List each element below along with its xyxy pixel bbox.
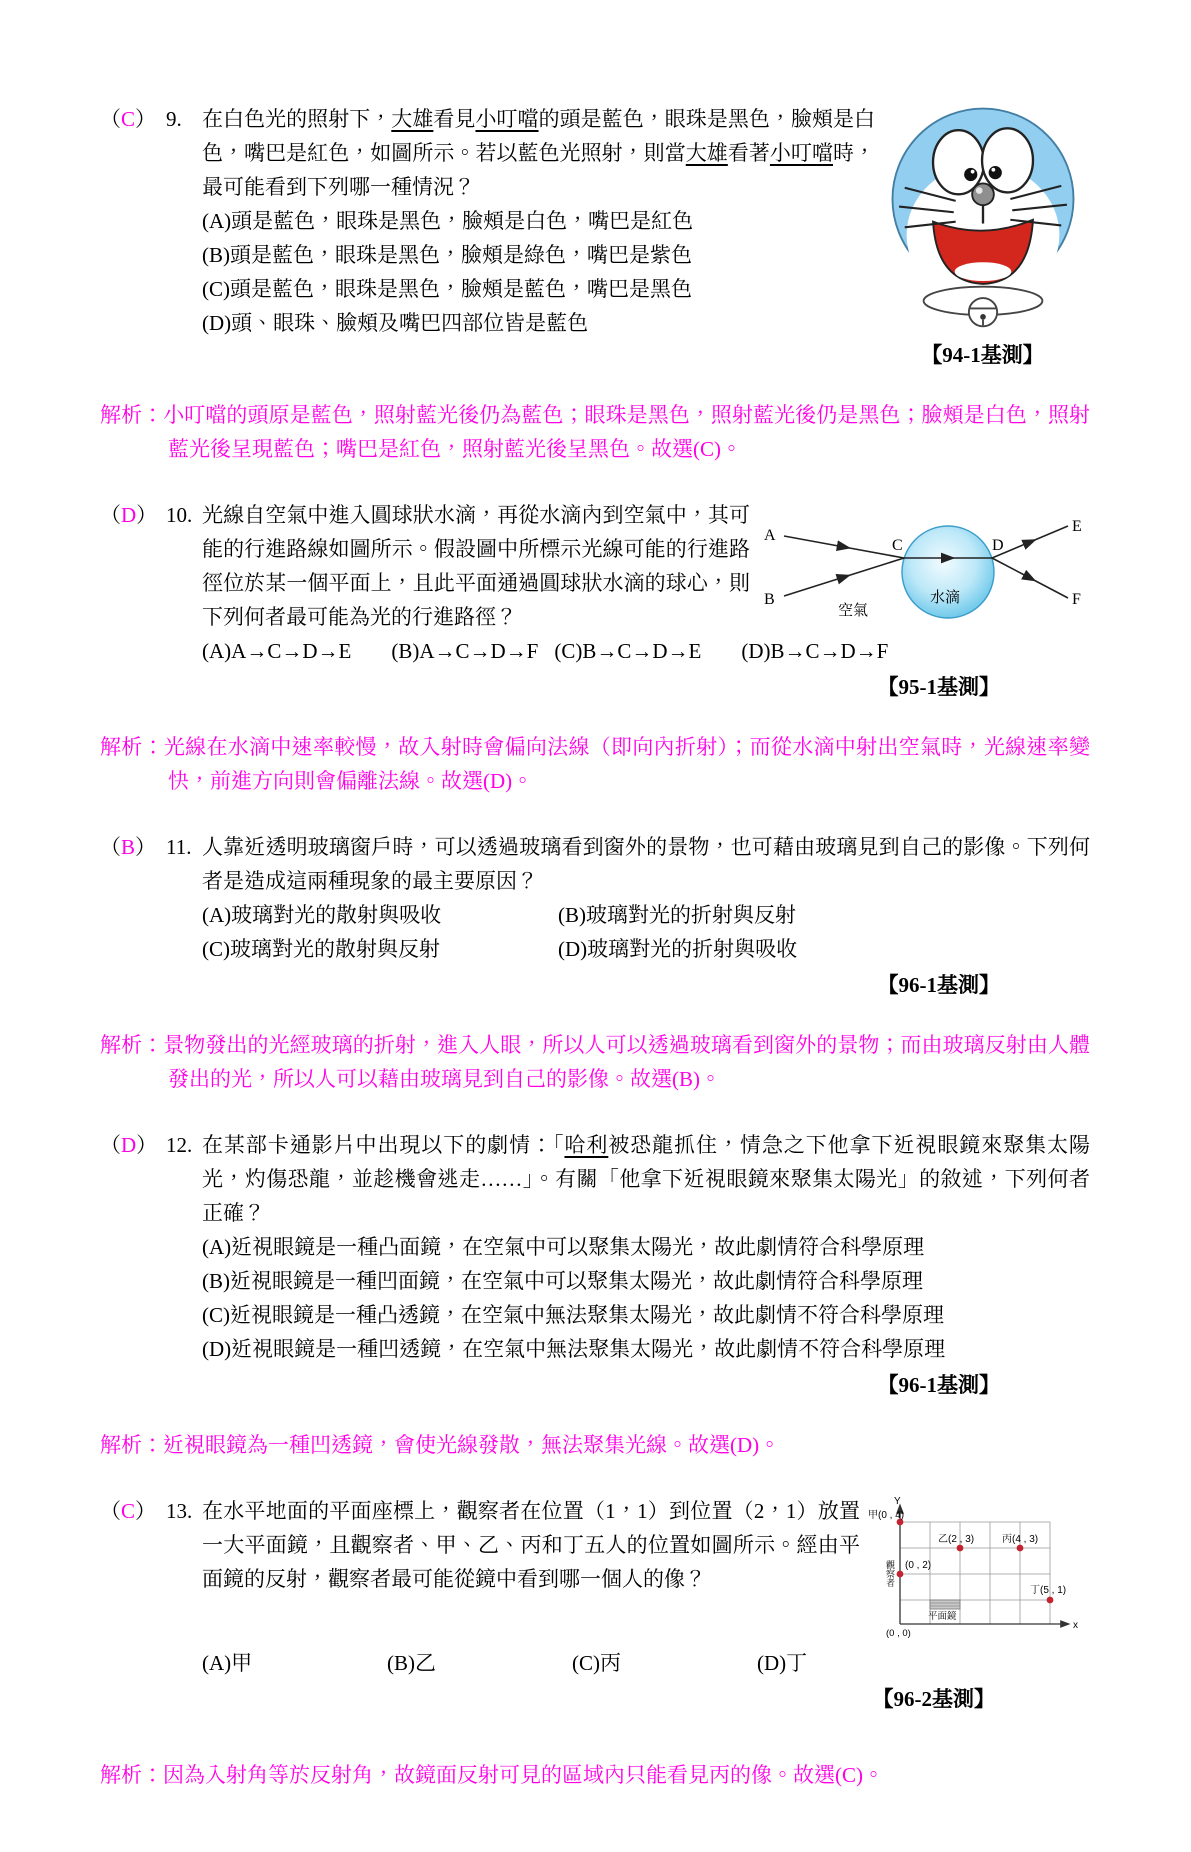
paren-close: ） [136,1133,157,1157]
label-a: A [764,527,776,544]
label-waterdrop: 水滴 [930,589,960,606]
y-axis-label: Y [894,1496,901,1507]
label-yi: 乙(2 , 3) [938,1533,974,1545]
exam-page: （C） 9. 在白色光的照射下，大雄看見小叮噹的頭是藍色，眼珠是黑色，臉頰是白色… [0,0,1191,1852]
point-bing [1017,1545,1024,1552]
option-b: (B)頭是藍色，眼珠是黑色，臉頰是綠色，嘴巴是紫色 [202,238,875,272]
analysis-13: 解析：因為入射角等於反射角，故鏡面反射可見的區域內只能看見丙的像。故選(C)。 [100,1758,1090,1792]
question-body-11: 人靠近透明玻璃窗戶時，可以透過玻璃看到窗外的景物，也可藉由玻璃見到自己的影像。下… [202,830,1090,898]
label-b: B [764,591,775,608]
coordinate-plane-diagram: Y x 平面鏡 [862,1494,1088,1646]
underlined-name: 哈利 [564,1133,608,1157]
label-air: 空氣 [838,602,868,619]
label-observer-pos: (0 , 2) [905,1560,931,1571]
option-c: (C)丙 [572,1646,757,1680]
analysis-label: 解析： [100,1433,163,1457]
doraemon-image [884,102,1082,330]
option-c: (C)頭是藍色，眼珠是黑色，臉頰是藍色，嘴巴是黑色 [202,272,875,306]
option-a: (A)頭是藍色，眼珠是黑色，臉頰是白色，嘴巴是紅色 [202,204,875,238]
answer-10: （D） [100,498,166,532]
question-number-13: 13. [166,1494,202,1528]
paren-open: （ [100,107,121,131]
option-b: (B)A→C→D→F [391,634,538,668]
question-number-12: 12. [166,1128,202,1162]
option-d: (D)B→C→D→F [741,634,888,668]
option-d: (D)丁 [757,1646,1090,1680]
options-12: (A)近視眼鏡是一種凸面鏡，在空氣中可以聚集太陽光，故此劇情符合科學原理 (B)… [202,1230,1090,1366]
analysis-10: 解析：光線在水滴中速率較慢，故入射時會偏向法線（即向內折射）；而從水滴中射出空氣… [100,730,1090,798]
option-a: (A)近視眼鏡是一種凸面鏡，在空氣中可以聚集太陽光，故此劇情符合科學原理 [202,1230,1090,1264]
option-a: (A)甲 [202,1646,387,1680]
option-a: (A)玻璃對光的散射與吸收 [202,898,558,932]
paren-close: ） [136,503,157,527]
label-origin: (0 , 0) [886,1628,911,1639]
mirror-label: 平面鏡 [928,1610,957,1622]
underlined-name: 大雄 [391,107,433,131]
analysis-12: 解析：近視眼鏡為一種凹透鏡，會使光線發散，無法聚集光線。故選(D)。 [100,1428,1090,1462]
answer-12: （D） [100,1128,166,1162]
label-e: E [1072,518,1082,535]
paren-open: （ [100,1133,121,1157]
paren-close: ） [135,107,156,131]
question-number-10: 10. [166,498,202,532]
mirror-bar [930,1600,960,1609]
analysis-label: 解析： [100,735,164,759]
underlined-name: 大雄 [686,141,728,165]
answer-9: （C） [100,102,166,136]
options-11: (A)玻璃對光的散射與吸收 (B)玻璃對光的折射與反射 (C)玻璃對光的散射與反… [202,898,1090,966]
option-c: (C)近視眼鏡是一種凸透鏡，在空氣中無法聚集太陽光，故此劇情不符合科學原理 [202,1298,1090,1332]
option-d: (D)頭、眼珠、臉頰及嘴巴四部位皆是藍色 [202,306,875,340]
question-9: （C） 9. 在白色光的照射下，大雄看見小叮噹的頭是藍色，眼珠是黑色，臉頰是白色… [100,102,1090,372]
point-observer [897,1571,904,1578]
underlined-name: 小叮噹 [770,141,833,165]
question-11: （B） 11. 人靠近透明玻璃窗戶時，可以透過玻璃看到窗外的景物，也可藉由玻璃見… [100,830,1090,966]
option-d: (D)玻璃對光的折射與吸收 [558,932,1090,966]
question-12: （D） 12. 在某部卡通影片中出現以下的劇情：「哈利被恐龍抓住，情急之下他拿下… [100,1128,1090,1366]
question-number-9: 9. [166,102,202,136]
water-droplet-diagram: A B C D E F 空氣 水滴 [752,498,1088,620]
answer-13: （C） [100,1494,166,1528]
point-ding [1047,1597,1054,1604]
label-f: F [1072,591,1081,608]
underlined-name: 小叮噹 [475,107,538,131]
option-b: (B)玻璃對光的折射與反射 [558,898,1090,932]
analysis-9: 解析：小叮噹的頭原是藍色，照射藍光後仍為藍色；眼珠是黑色，照射藍光後仍是黑色；臉… [100,398,1090,466]
label-c: C [892,537,903,554]
options-13: (A)甲 (B)乙 (C)丙 (D)丁 [202,1646,1090,1680]
label-d: D [992,537,1004,554]
option-b: (B)乙 [387,1646,572,1680]
question-body-12: 在某部卡通影片中出現以下的劇情：「哈利被恐龍抓住，情急之下他拿下近視眼鏡來聚集太… [202,1128,1090,1230]
option-b: (B)近視眼鏡是一種凹面鏡，在空氣中可以聚集太陽光，故此劇情符合科學原理 [202,1264,1090,1298]
paren-close: ） [135,1499,156,1523]
source-badge-9: 【94-1基測】 [921,338,1044,372]
analysis-label: 解析： [100,1763,163,1787]
analysis-label: 解析： [100,1033,163,1057]
option-a: (A)A→C→D→E [202,634,351,668]
option-d: (D)近視眼鏡是一種凹透鏡，在空氣中無法聚集太陽光，故此劇情不符合科學原理 [202,1332,1090,1366]
question-13: （C） 13. 在水平地面的平面座標上，觀察者在位置（1，1）到位置（2，1）放… [100,1494,1090,1680]
source-badge-11: 【96-1基測】 [100,968,1090,1002]
options-10: (A)A→C→D→E (B)A→C→D→F (C)B→C→D→E (D)B→C→… [202,634,1090,668]
paren-close: ） [135,835,156,859]
options-9: (A)頭是藍色，眼珠是黑色，臉頰是白色，嘴巴是紅色 (B)頭是藍色，眼珠是黑色，… [202,204,875,340]
answer-letter: B [121,835,135,859]
label-bing: 丙(4 , 3) [1002,1533,1038,1545]
source-badge-10: 【95-1基測】 [100,670,1090,704]
label-jia: 甲(0 , 4) [868,1509,904,1521]
point-yi [957,1545,964,1552]
question-body-13: 在水平地面的平面座標上，觀察者在位置（1，1）到位置（2，1）放置一大平面鏡，且… [202,1494,860,1596]
answer-letter: D [121,1133,136,1157]
question-10: （D） 10. 光線自空氣中進入圓球狀水滴，再從水滴內到空氣中，其可能的行進路線… [100,498,1090,668]
paren-open: （ [100,835,121,859]
analysis-11: 解析：景物發出的光經玻璃的折射，進入人眼，所以人可以透過玻璃看到窗外的景物；而由… [100,1028,1090,1096]
answer-11: （B） [100,830,166,864]
question-body-10: 光線自空氣中進入圓球狀水滴，再從水滴內到空氣中，其可能的行進路線如圖所示。假設圖… [202,498,750,634]
question-number-11: 11. [166,830,202,864]
source-badge-13: 【96-2基測】 [100,1682,1090,1716]
answer-letter: C [121,1499,135,1523]
source-badge-12: 【96-1基測】 [100,1368,1090,1402]
paren-open: （ [100,1499,121,1523]
option-c: (C)B→C→D→E [554,634,701,668]
label-ding: 丁(5 , 1) [1030,1584,1066,1596]
question-body-9: 在白色光的照射下，大雄看見小叮噹的頭是藍色，眼珠是黑色，臉頰是白色，嘴巴是紅色，… [202,102,875,204]
paren-open: （ [100,503,121,527]
x-axis-label: x [1073,1620,1078,1631]
label-observer: 觀 察 者 [886,1559,898,1588]
analysis-label: 解析： [100,403,163,427]
answer-letter: C [121,107,135,131]
answer-letter: D [121,503,136,527]
option-c: (C)玻璃對光的散射與反射 [202,932,558,966]
